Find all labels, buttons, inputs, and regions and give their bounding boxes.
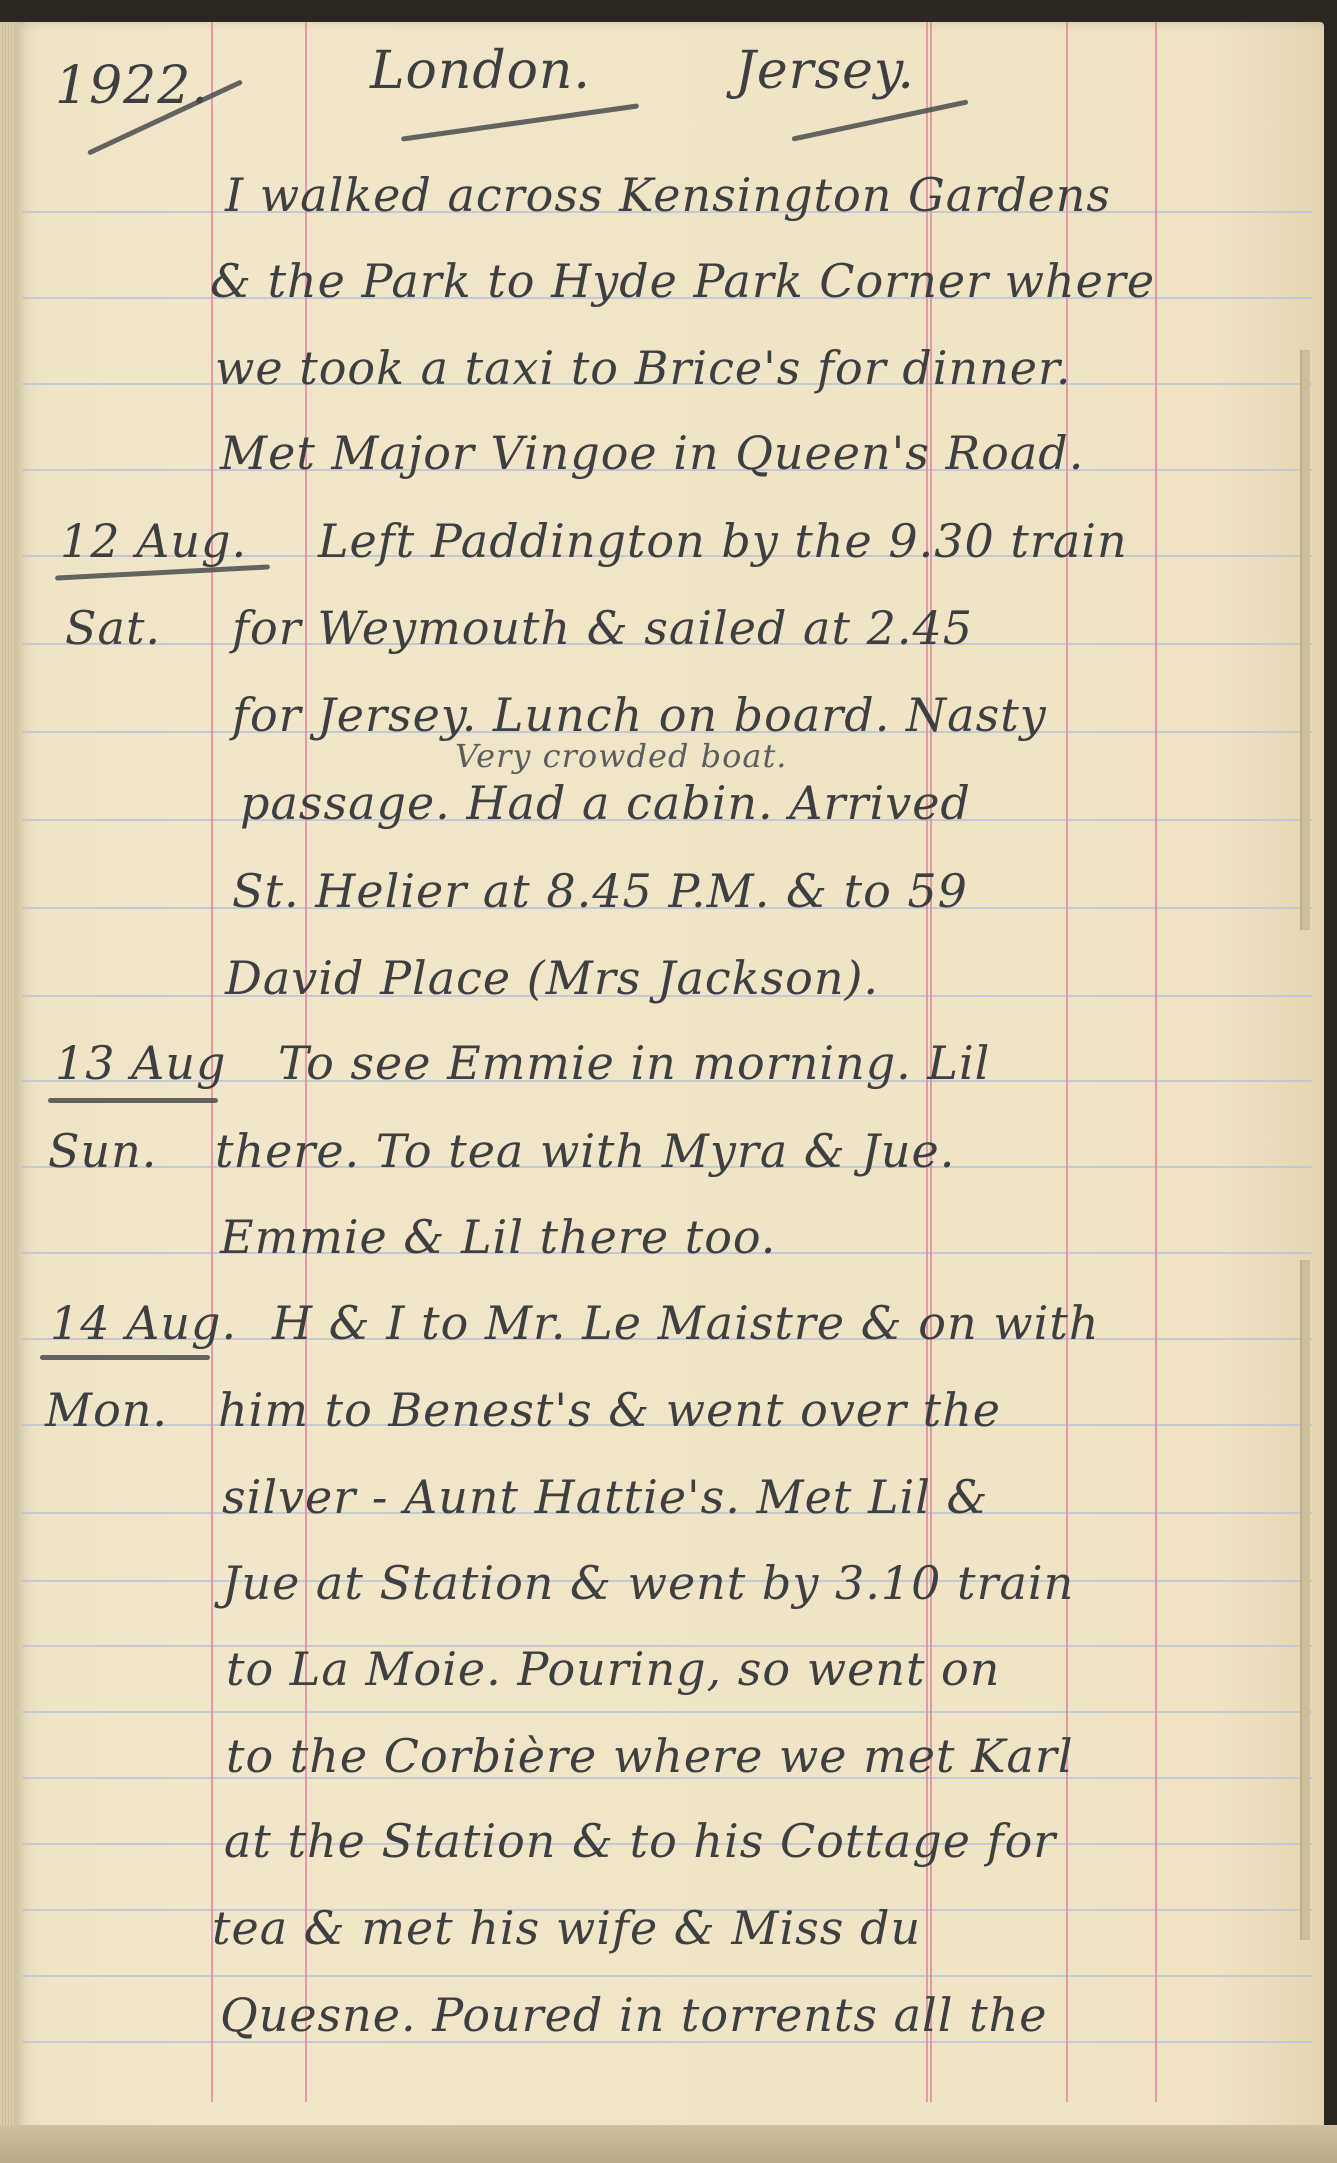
- binding-tear-top: [1300, 350, 1310, 930]
- entry-insertion: Very crowded boat.: [455, 740, 787, 772]
- entry-day: Sat.: [65, 605, 161, 651]
- entry-line: Met Major Vingoe in Queen's Road.: [220, 430, 1084, 476]
- entry-line: Emmie & Lil there too.: [220, 1214, 776, 1260]
- date-underline: [48, 1098, 218, 1103]
- entry-line: tea & met his wife & Miss du: [212, 1905, 921, 1951]
- entry-line: for Jersey. Lunch on board. Nasty: [232, 692, 1047, 738]
- entry-line: To see Emmie in morning. Lil: [278, 1040, 990, 1086]
- entry-day: Mon.: [45, 1387, 168, 1433]
- date-underline: [40, 1355, 210, 1360]
- entry-date: 12 Aug.: [60, 518, 247, 564]
- binding-tear-bottom: [1300, 1260, 1310, 1940]
- entry-line: passage. Had a cabin. Arrived: [240, 780, 971, 826]
- entry-line: David Place (Mrs Jackson).: [225, 955, 879, 1001]
- entry-line: Jue at Station & went by 3.10 train: [222, 1560, 1074, 1606]
- entry-date: 14 Aug.: [50, 1300, 237, 1346]
- entry-line: to the Corbière where we met Karl: [226, 1733, 1074, 1779]
- entry-date: 13 Aug: [55, 1040, 226, 1086]
- entry-line: we took a taxi to Brice's for dinner.: [215, 345, 1072, 391]
- entry-line: St. Helier at 8.45 P.M. & to 59: [232, 868, 968, 914]
- entry-line: I walked across Kensington Gardens: [225, 172, 1111, 218]
- entry-line: to La Moie. Pouring, so went on: [226, 1646, 1000, 1692]
- header-place-jersey: Jersey.: [735, 45, 915, 97]
- entry-line: silver - Aunt Hattie's. Met Lil &: [222, 1474, 989, 1520]
- entry-line: H & I to Mr. Le Maistre & on with: [272, 1300, 1099, 1346]
- entry-line: there. To tea with Myra & Jue.: [215, 1128, 955, 1174]
- entry-day: Sun.: [48, 1128, 157, 1174]
- entry-line: for Weymouth & sailed at 2.45: [232, 605, 973, 651]
- entry-line: him to Benest's & went over the: [218, 1387, 1001, 1433]
- entry-line: Quesne. Poured in torrents all the: [220, 1992, 1047, 2038]
- entry-line: at the Station & to his Cottage for: [224, 1818, 1056, 1864]
- entry-line: Left Paddington by the 9.30 train: [318, 518, 1128, 564]
- page-bottom-edge: [0, 2125, 1337, 2163]
- entry-line: & the Park to Hyde Park Corner where: [210, 258, 1155, 304]
- header-place-london: London.: [370, 45, 591, 97]
